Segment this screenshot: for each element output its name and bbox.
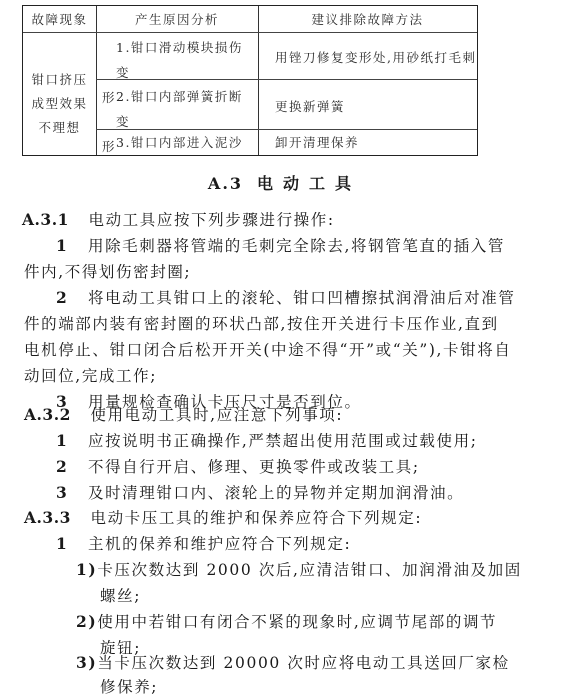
item-continuation: 件内,不得划伤密封圈; xyxy=(24,262,191,282)
list-item: 3 及时清理钳口内、滚轮上的异物并定期加润滑油。 xyxy=(56,483,464,503)
clause-heading: A.3.2 使用电动工具时,应注意下列事项: xyxy=(24,405,343,425)
table-header-cause: 产生原因分析 xyxy=(96,7,258,32)
table-row-remedy: 用锉刀修复变形处,用砂纸打毛刺 xyxy=(275,45,476,70)
clause-text: 电动卡压工具的维护和保养应符合下列规定: xyxy=(90,509,422,527)
sub-item: 3)当卡压次数达到 20000 次时应将电动工具送回厂家检 xyxy=(76,653,510,673)
table-row-remedy: 卸开清理保养 xyxy=(275,130,359,155)
table-cell-phenomenon: 钳口挤压 成型效果 不理想 xyxy=(23,68,96,140)
item-continuation: 件的端部内装有密封圈的环状凸部,按住开关进行卡压作业,直到 xyxy=(24,314,499,334)
table-header-remedy: 建议排除故障方法 xyxy=(258,7,477,32)
sub-item-text: 卡压次数达到 2000 次后,应清洁钳口、加润滑油及加固 xyxy=(97,561,522,579)
item-number: 2 xyxy=(56,457,68,476)
item-text: 用除毛刺器将管端的毛刺完全除去,将钢管笔直的插入管 xyxy=(88,237,505,255)
cause-line: 2.钳口内部弹簧折断变 xyxy=(102,84,256,134)
clause-heading: A.3.1 电动工具应按下列步骤进行操作: xyxy=(22,210,335,230)
phenomenon-line: 不理想 xyxy=(23,116,96,140)
item-continuation: 电机停止、钳口闭合后松开开关(中途不得“开”或“关”),卡钳将自 xyxy=(24,340,511,360)
phenomenon-line: 钳口挤压 xyxy=(23,68,96,92)
clause-number: A.3.2 xyxy=(24,405,71,424)
item-number: 1 xyxy=(56,534,68,553)
list-item: 1 应按说明书正确操作,严禁超出使用范围或过载使用; xyxy=(56,431,478,451)
item-number: 2 xyxy=(56,288,68,307)
table-header-phenomenon: 故障现象 xyxy=(23,7,96,32)
section-number: A.3 xyxy=(208,174,243,193)
sub-item-continuation: 修保养; xyxy=(100,677,158,697)
clause-number: A.3.1 xyxy=(22,210,69,229)
clause-text: 电动工具应按下列步骤进行操作: xyxy=(88,211,334,229)
sub-item-number: 2) xyxy=(76,612,97,631)
item-text: 应按说明书正确操作,严禁超出使用范围或过载使用; xyxy=(88,432,478,450)
sub-item-text: 使用中若钳口有闭合不紧的现象时,应调节尾部的调节 xyxy=(97,613,497,631)
item-text: 主机的保养和维护应符合下列规定: xyxy=(88,535,351,553)
table-row-remedy: 更换新弹簧 xyxy=(275,94,345,119)
list-item: 1 用除毛刺器将管端的毛刺完全除去,将钢管笔直的插入管 xyxy=(56,236,505,256)
fault-table: 故障现象 产生原因分析 建议排除故障方法 钳口挤压 成型效果 不理想 1.钳口滑… xyxy=(22,5,478,156)
sub-item-number: 3) xyxy=(76,653,97,672)
section-title: A.3电动工具 xyxy=(0,171,569,194)
clause-number: A.3.3 xyxy=(24,508,71,527)
cause-line: 1.钳口滑动模块损伤变 xyxy=(102,35,256,85)
table-header-divider xyxy=(23,32,477,33)
list-item: 2 不得自行开启、修理、更换零件或改装工具; xyxy=(56,457,420,477)
item-text: 不得自行开启、修理、更换零件或改装工具; xyxy=(88,458,420,476)
clause-heading: A.3.3 电动卡压工具的维护和保养应符合下列规定: xyxy=(24,508,422,528)
list-item: 1 主机的保养和维护应符合下列规定: xyxy=(56,534,351,554)
section-title-text: 电动工具 xyxy=(257,174,361,193)
sub-item-number: 1) xyxy=(76,560,97,579)
table-row-cause: 3.钳口内部进入泥沙 xyxy=(116,130,243,155)
item-text: 及时清理钳口内、滚轮上的异物并定期加润滑油。 xyxy=(88,484,464,502)
sub-item-text: 当卡压次数达到 20000 次时应将电动工具送回厂家检 xyxy=(97,654,509,672)
item-number: 1 xyxy=(56,236,68,255)
sub-item: 1)卡压次数达到 2000 次后,应清洁钳口、加润滑油及加固 xyxy=(76,560,522,580)
item-number: 1 xyxy=(56,431,68,450)
clause-text: 使用电动工具时,应注意下列事项: xyxy=(90,406,343,424)
sub-item: 2)使用中若钳口有闭合不紧的现象时,应调节尾部的调节 xyxy=(76,612,497,632)
item-number: 3 xyxy=(56,483,68,502)
phenomenon-line: 成型效果 xyxy=(23,92,96,116)
item-text: 将电动工具钳口上的滚轮、钳口凹槽擦拭润滑油后对准管 xyxy=(88,289,516,307)
list-item: 2 将电动工具钳口上的滚轮、钳口凹槽擦拭润滑油后对准管 xyxy=(56,288,516,308)
item-continuation: 动回位,完成工作; xyxy=(24,366,157,386)
sub-item-continuation: 螺丝; xyxy=(100,586,141,606)
